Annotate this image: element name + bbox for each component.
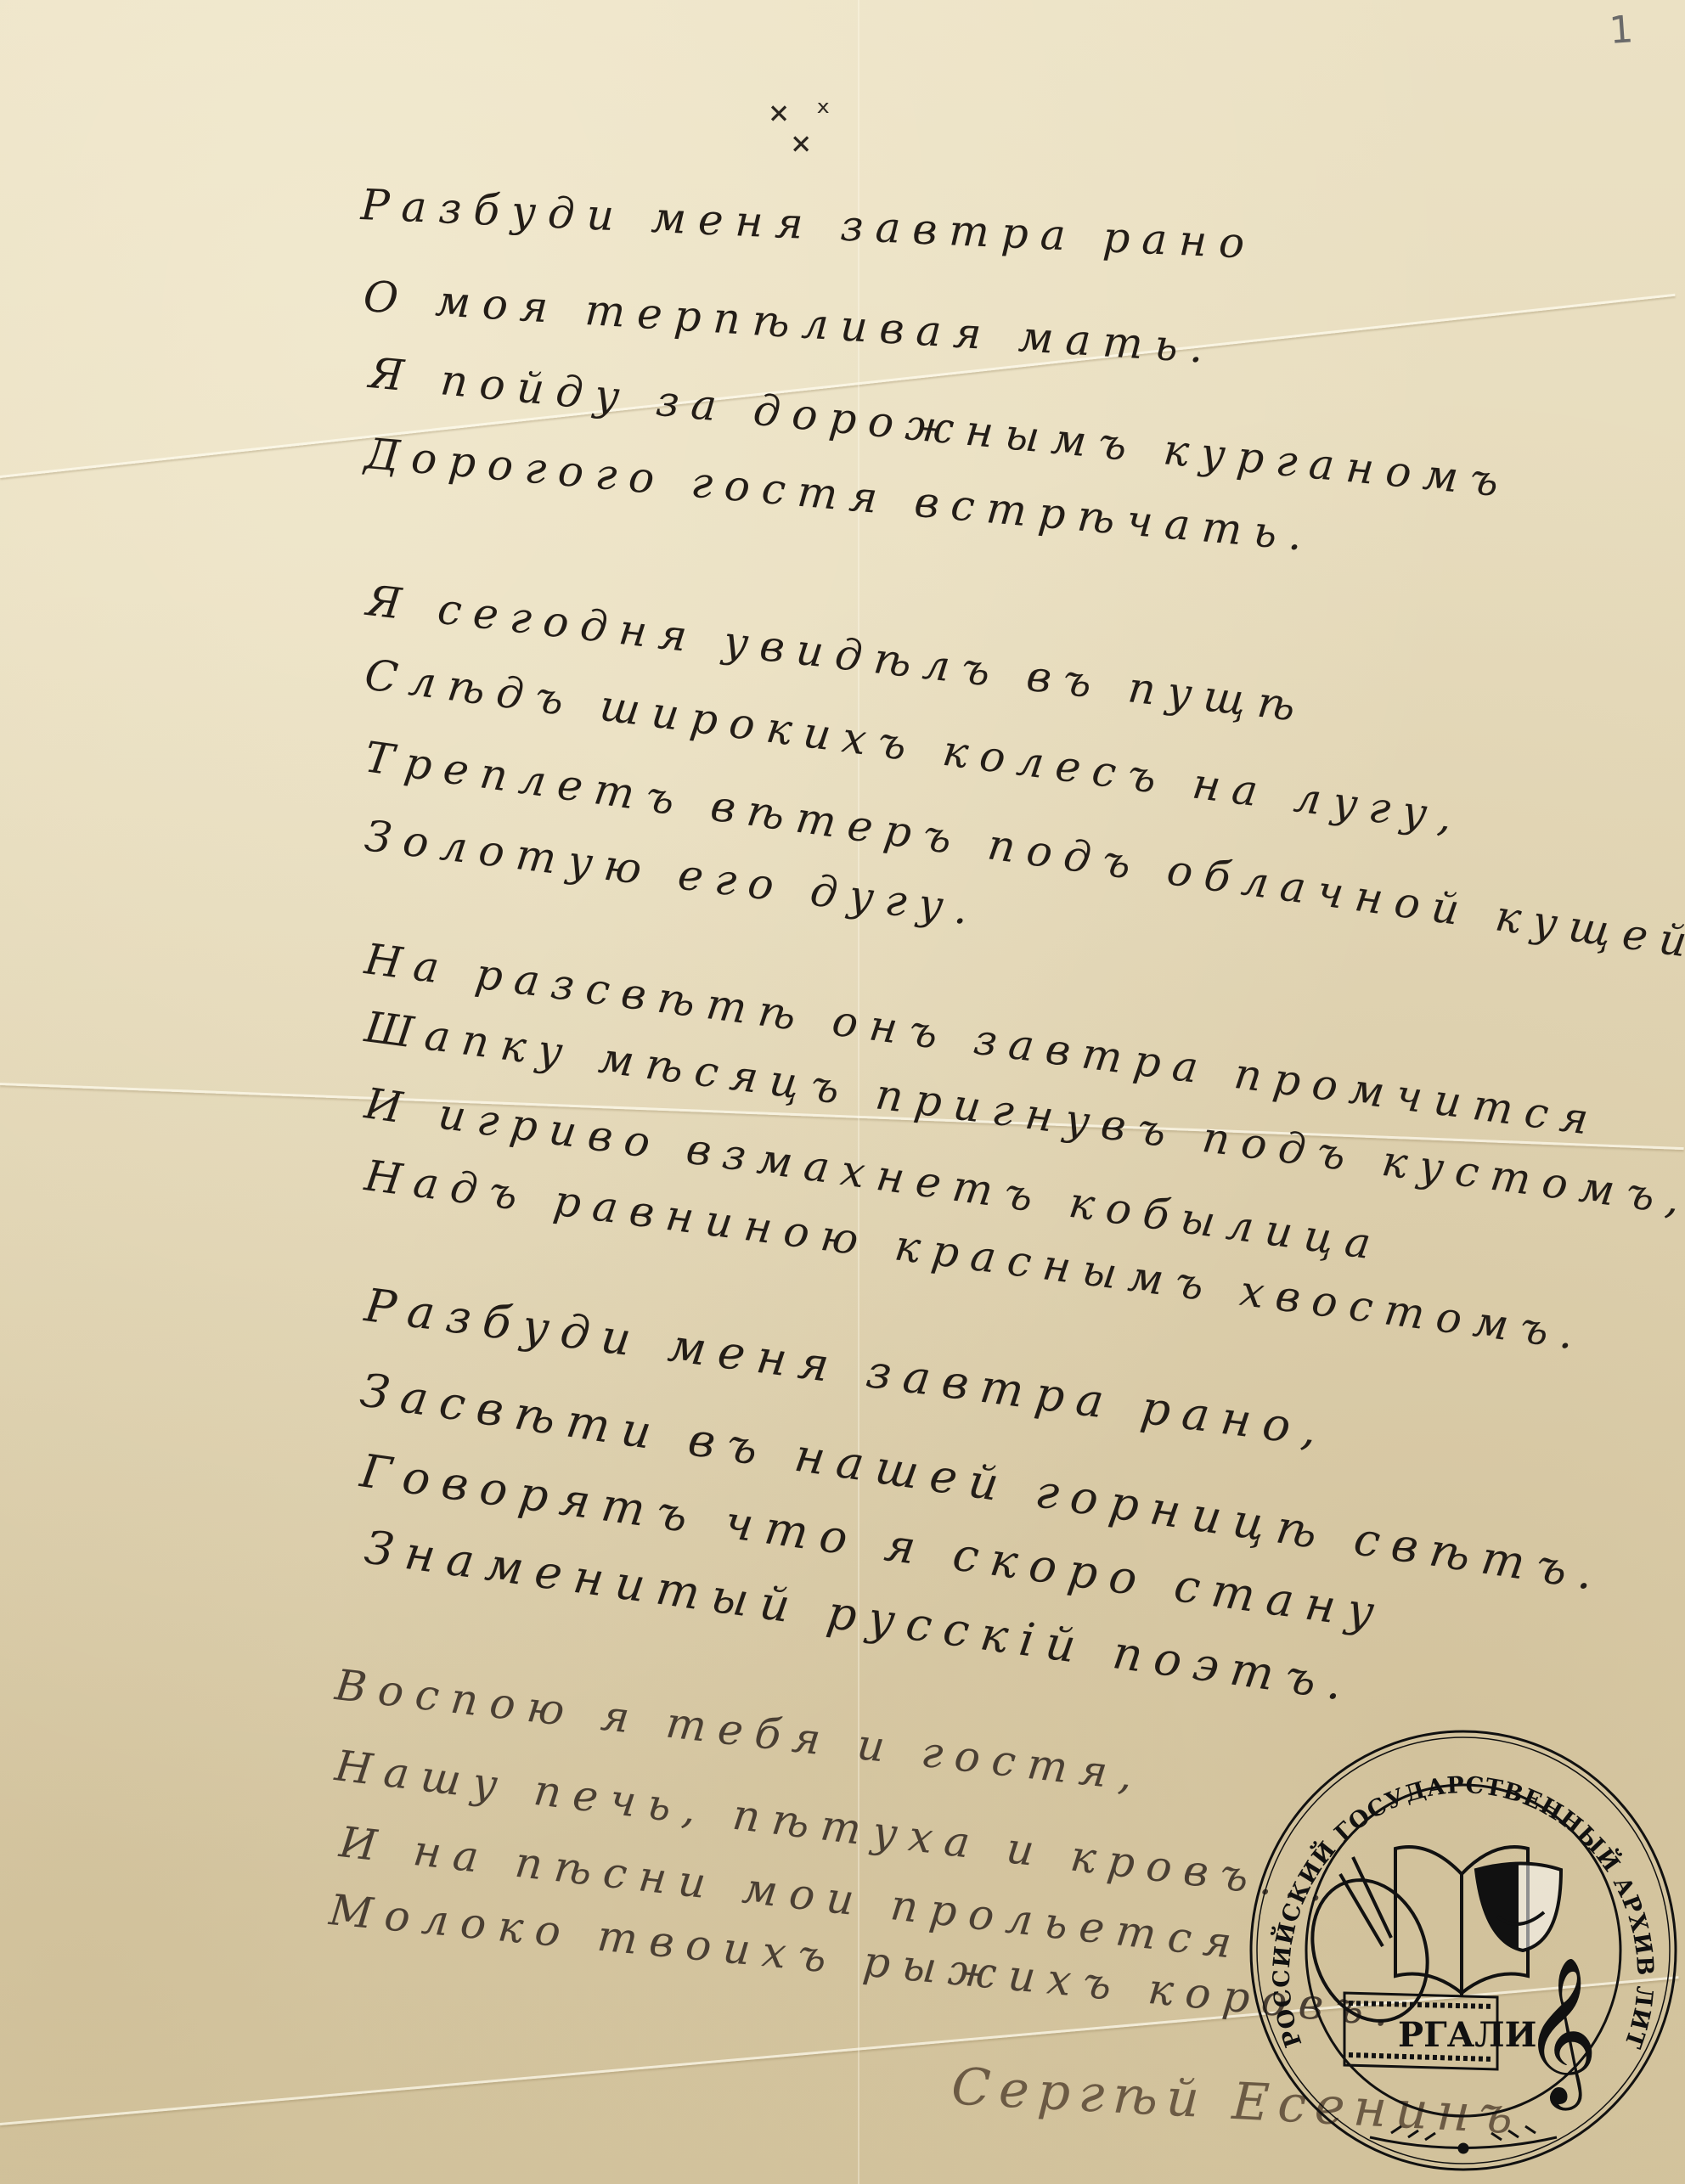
stamp-abbreviation: РГАЛИ xyxy=(1398,2015,1536,2055)
poem-line: Разбуди меня завтра рано xyxy=(360,180,1258,268)
theater-mask-icon xyxy=(1476,1864,1561,1951)
manuscript-page: 1 × ˣ × Разбуди меня завтра рано О моя т… xyxy=(0,0,1685,2184)
page-number: 1 xyxy=(1608,8,1634,53)
laurel-branch-icon xyxy=(1370,2126,1557,2153)
treble-clef-icon: 𝄞 xyxy=(1523,1956,1598,2111)
archive-stamp: РОССИЙСКИЙ ГОСУДАРСТВЕННЫЙ АРХИВ ЛИТЕРАТ… xyxy=(1243,1696,1684,2171)
poem-line: О моя терпѣливая мать. xyxy=(362,272,1216,373)
header-asterism-mark: × ˣ × xyxy=(769,98,835,159)
